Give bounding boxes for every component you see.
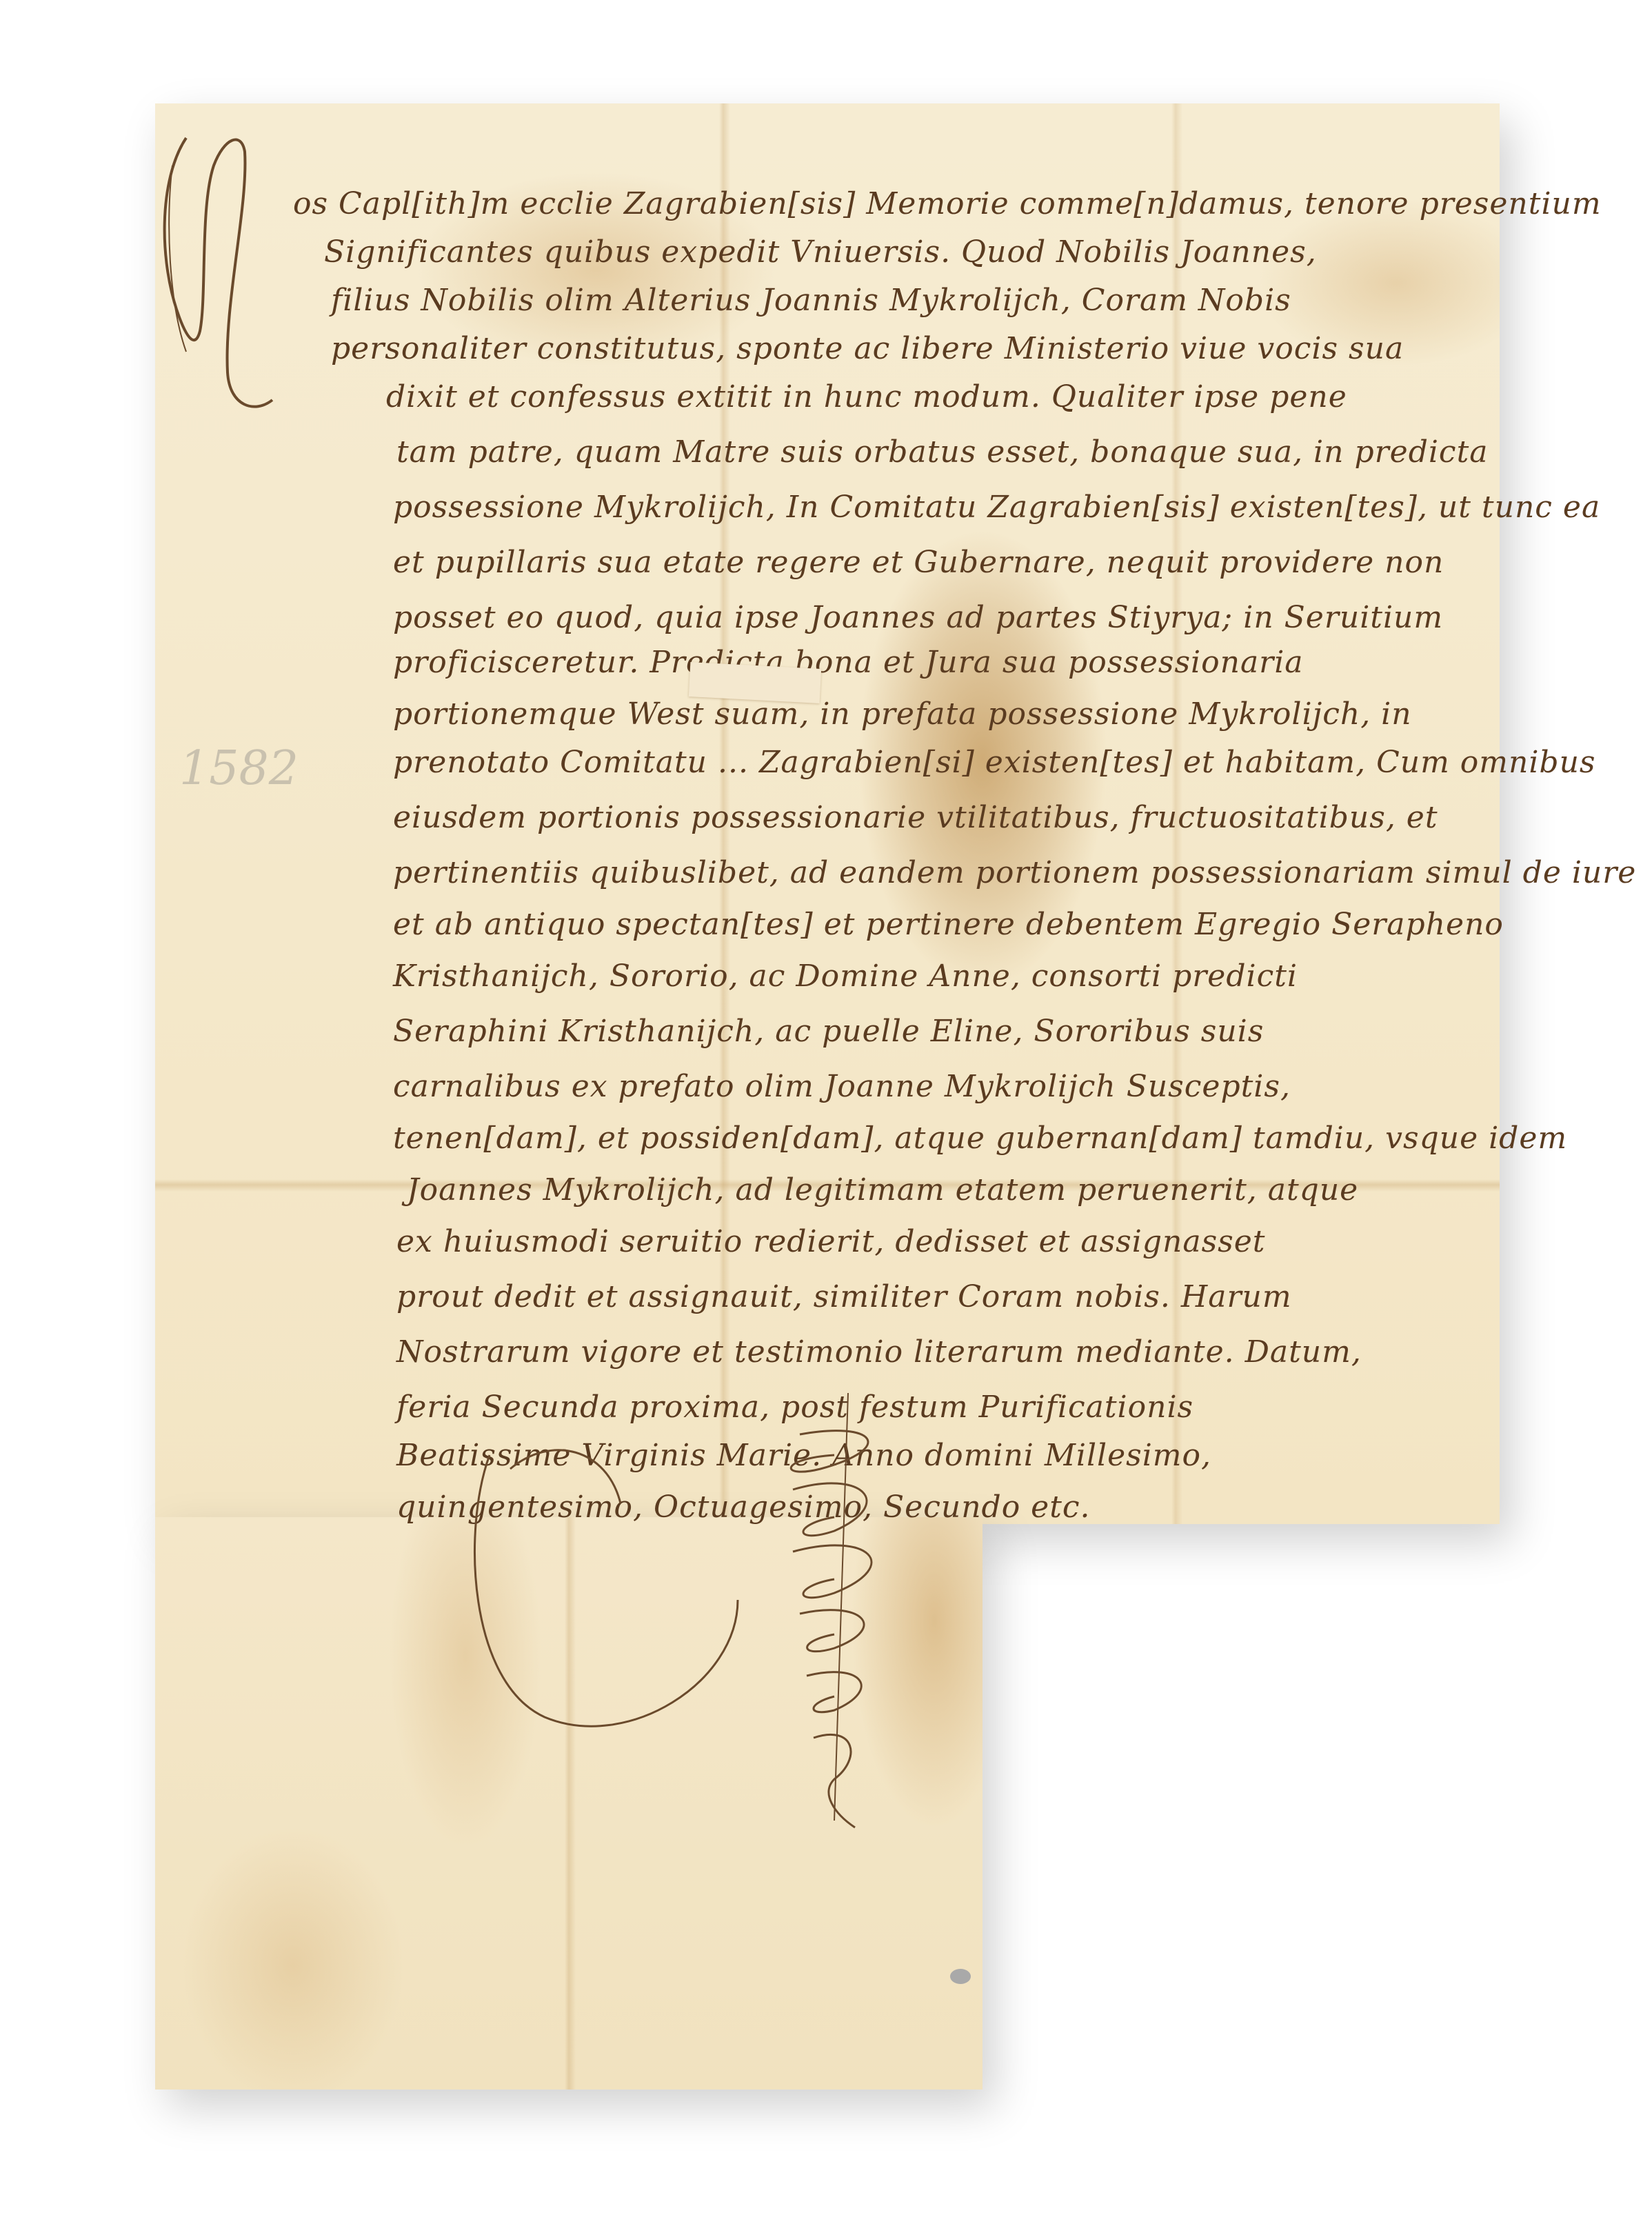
manuscript-line: eiusdem portionis possessionarie vtilita… (393, 800, 1438, 835)
manuscript-line: Nostrarum vigore et testimonio literarum… (396, 1334, 1362, 1370)
manuscript-line: et ab antiquo spectan[tes] et pertinere … (393, 907, 1504, 942)
manuscript-line: et pupillaris sua etate regere et Gubern… (393, 545, 1444, 580)
manuscript-line: pertinentiis quibuslibet, ad eandem port… (393, 855, 1636, 890)
decorated-initial-n-icon (159, 124, 276, 414)
manuscript-line: dixit et confessus extitit in hunc modum… (386, 379, 1347, 414)
manuscript-line: tam patre, quam Matre suis orbatus esset… (396, 434, 1488, 470)
manuscript-line: possessione Mykrolijch, In Comitatu Zagr… (393, 490, 1600, 525)
paper-hole (950, 1969, 971, 1984)
manuscript-line: Significantes quibus expedit Vniuersis. … (324, 234, 1317, 270)
manuscript-line: os Capl[ith]m ecclie Zagrabien[sis] Memo… (293, 186, 1602, 221)
manuscript-line: posset eo quod, quia ipse Joannes ad par… (393, 600, 1443, 635)
manuscript-line: carnalibus ex prefato olim Joanne Mykrol… (393, 1069, 1291, 1104)
manuscript-line: prout dedit et assignauit, similiter Cor… (396, 1279, 1292, 1314)
manuscript-line: tenen[dam], et possiden[dam], atque gube… (393, 1121, 1567, 1156)
pencil-margin-note: 1582 (179, 741, 299, 796)
manuscript-line: filius Nobilis olim Alterius Joannis Myk… (331, 283, 1291, 318)
manuscript-line: ex huiusmodi seruitio redierit, dedisset… (396, 1224, 1265, 1259)
signature-flourish-icon (448, 1393, 1000, 1834)
paper-slip (689, 662, 821, 703)
manuscript-line: prenotato Comitatu ... Zagrabien[si] exi… (393, 745, 1596, 780)
manuscript-line: Seraphini Kristhanijch, ac puelle Eline,… (393, 1014, 1264, 1049)
manuscript-line: portionemque West suam, in prefata posse… (393, 697, 1412, 732)
document-stage: os Capl[ith]m ecclie Zagrabien[sis] Memo… (0, 0, 1652, 2224)
manuscript-line: proficisceretur. Predicta bona et Jura s… (393, 645, 1304, 680)
manuscript-line: personaliter constitutus, sponte ac libe… (331, 331, 1404, 366)
manuscript-line: Joannes Mykrolijch, ad legitimam etatem … (407, 1172, 1358, 1208)
manuscript-line: Kristhanijch, Sororio, ac Domine Anne, c… (393, 959, 1298, 994)
